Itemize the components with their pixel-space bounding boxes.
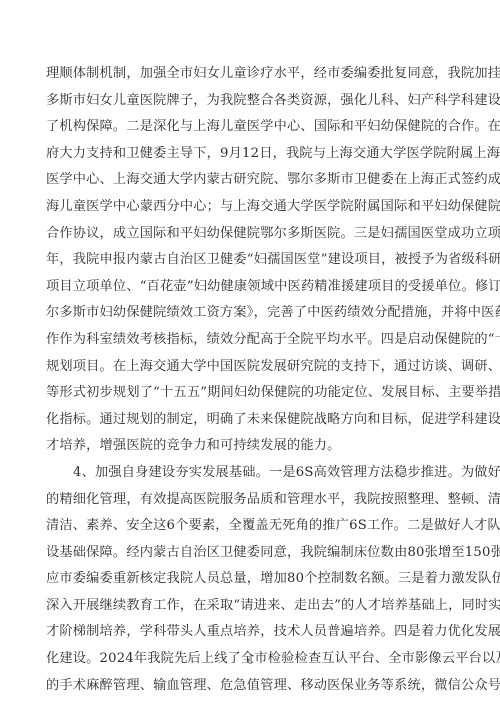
text-line: 的精细化管理，有效提高医院服务品质和管理水平，我院按照整理、整顿、清扫、	[46, 487, 456, 514]
text-line: 设基础保障。经内蒙古自治区卫健委同意，我院编制床位数由80张增至150张，相	[46, 540, 456, 567]
text-line: 理顺体制机制，加强全市妇女儿童诊疗水平，经市委编委批复同意，我院加挂鄂尔	[46, 61, 456, 88]
text-line: 海儿童医学中心蒙西分中心；与上海交通大学医学院附属国际和平妇幼保健院签订	[46, 194, 456, 221]
paragraph-1: 理顺体制机制，加强全市妇女儿童诊疗水平，经市委编委批复同意，我院加挂鄂尔 多斯市…	[46, 61, 456, 460]
text-line: 项目立项单位、“百花壶”妇幼健康领域中医药精准援建项目的受援单位。修订了《鄂	[46, 274, 456, 301]
text-line: 医学中心、上海交通大学内蒙古研究院、鄂尔多斯市卫健委在上海正式签约成立上	[46, 167, 456, 194]
text-line: 作作为科室绩效考核指标，绩效分配高于全院平均水平。四是启动保健院的“十五五”	[46, 327, 456, 354]
text-line: 的手术麻醉管理、输血管理、危急值管理、移动医保业务等系统，微信公众号数字	[46, 673, 456, 700]
document-page: 理顺体制机制，加强全市妇女儿童诊疗水平，经市委编委批复同意，我院加挂鄂尔 多斯市…	[0, 0, 500, 707]
text-line: 尔多斯市妇幼保健院绩效工资方案》，完善了中医药绩效分配措施，并将中医药工	[46, 300, 456, 327]
text-line: 合作协议，成立国际和平妇幼保健院鄂尔多斯医院。三是妇孺国医堂成功立项。2024	[46, 221, 456, 248]
text-line: 多斯市妇女儿童医院牌子，为我院整合各类资源，强化儿科、妇产科学科建设提供	[46, 88, 456, 115]
page-number: 6	[0, 656, 500, 666]
text-line: 才阶梯制培养，学科带头人重点培养，技术人员普遍培养。四是着力优化发展信息	[46, 619, 456, 646]
text-line: 化指标。通过规划的制定，明确了未来保健院战略方向和目标，促进学科建设和人	[46, 407, 456, 434]
body-text: 理顺体制机制，加强全市妇女儿童诊疗水平，经市委编委批复同意，我院加挂鄂尔 多斯市…	[46, 61, 456, 699]
section-heading-line: 4、加强自身建设夯实发展基础。一是6S高效管理方法稳步推进。为做好全院	[46, 460, 456, 487]
text-line: 规划项目。在上海交通大学中国医院发展研究院的支持下，通过访谈、调研、走访	[46, 354, 456, 381]
text-line: 了机构保障。二是深化与上海儿童医学中心、国际和平妇幼保健院的合作。在市政	[46, 114, 456, 141]
text-line: 等形式初步规划了“十五五”期间妇幼保健院的功能定位、发展目标、主要举措及量	[46, 380, 456, 407]
text-line: 才培养，增强医院的竞争力和可持续发展的能力。	[46, 433, 456, 460]
text-line: 年，我院申报内蒙古自治区卫健委“妇孺国医堂”建设项目，被授予为省级科研二类	[46, 247, 456, 274]
text-line: 清洁、素养、安全这6个要素，全覆盖无死角的推广6S工作。二是做好人才队伍建	[46, 513, 456, 540]
text-line: 深入开展继续教育工作，在采取“请进来、走出去”的人才培养基础上，同时实行人	[46, 593, 456, 620]
text-line: 应市委编委重新核定我院人员总量，增加80个控制数名额。三是着力激发队伍活力。	[46, 566, 456, 593]
text-line: 府大力支持和卫健委主导下，9月12日，我院与上海交通大学医学院附属上海儿童	[46, 141, 456, 168]
